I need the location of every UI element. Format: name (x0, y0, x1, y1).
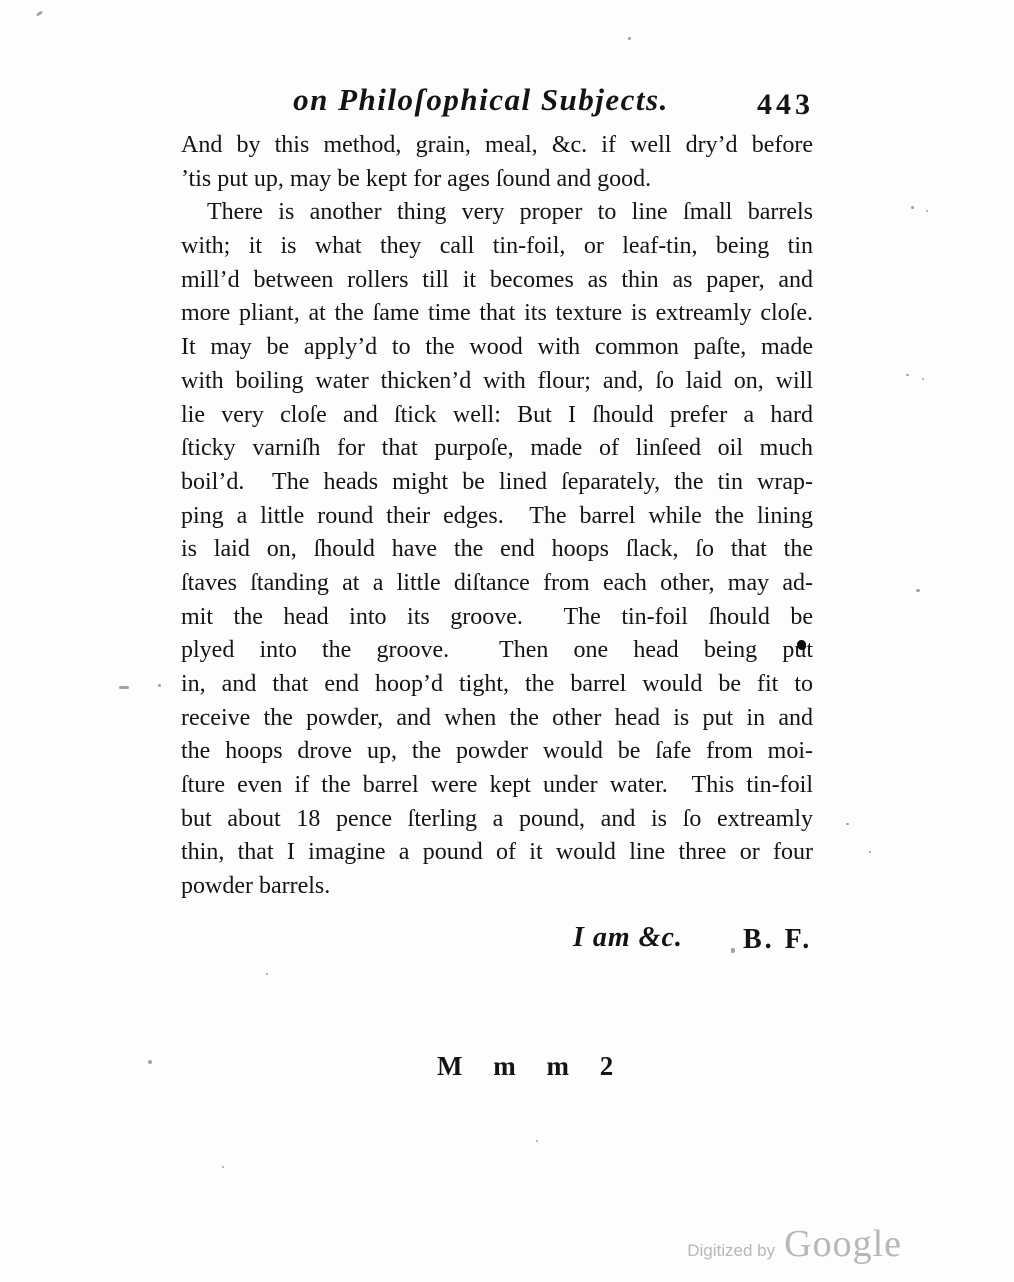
text-line: boil’d. The heads might be lined ſeparat… (181, 466, 813, 500)
page-number: 443 (757, 88, 814, 122)
scan-speck (846, 823, 849, 825)
text-line: powder barrels. (181, 870, 813, 904)
watermark: Digitized by Google (687, 1222, 902, 1266)
scan-speck (906, 374, 909, 376)
ink-blot (797, 640, 806, 650)
signature-mark: M m m 2 (437, 1051, 625, 1082)
scan-speck (36, 10, 43, 16)
text-line: ſticky varniſh for that purpoſe, made of… (181, 432, 813, 466)
scan-speck (869, 851, 871, 853)
scan-speck (731, 948, 735, 953)
running-header: on Philoſophical Subjects. 443 (180, 82, 814, 126)
scan-speck (266, 973, 268, 975)
scan-speck (119, 686, 129, 689)
text-line: thin, that I imagine a pound of it would… (181, 836, 813, 870)
scan-speck (148, 1060, 152, 1064)
scan-speck (628, 37, 631, 40)
google-logo: Google (784, 1222, 902, 1266)
text-line: plyed into the groove. Then one head bei… (181, 634, 813, 668)
text-line: with; it is what they call tin-foil, or … (181, 230, 813, 264)
text-line: is laid on, ſhould have the end hoops ſl… (181, 533, 813, 567)
text-line: ſtaves ſtanding at a little diſtance fro… (181, 567, 813, 601)
text-line: more pliant, at the ſame time that its t… (181, 297, 813, 331)
text-line: in, and that end hoop’d tight, the barre… (181, 668, 813, 702)
running-header-title: on Philoſophical Subjects. (164, 82, 798, 118)
text-line: receive the powder, and when the other h… (181, 702, 813, 736)
valediction: I am &c. (573, 922, 683, 954)
scan-speck (922, 378, 924, 380)
body-text: And by this method, grain, meal, &c. if … (181, 129, 813, 904)
scan-speck (222, 1166, 224, 1168)
digitized-by-label: Digitized by (687, 1241, 775, 1261)
scan-speck (158, 684, 161, 687)
text-line: lie very cloſe and ſtick well: But I ſho… (181, 399, 813, 433)
text-line: And by this method, grain, meal, &c. if … (181, 129, 813, 163)
text-line: the hoops drove up, the powder would be … (181, 735, 813, 769)
text-line: with boiling water thicken’d with flour;… (181, 365, 813, 399)
text-line: ’tis put up, may be kept for ages ſound … (181, 163, 813, 197)
scan-speck (916, 589, 920, 592)
text-line: There is another thing very proper to li… (181, 196, 813, 230)
author-initials: B. F. (743, 924, 812, 956)
text-line: mill’d between rollers till it becomes a… (181, 264, 813, 298)
text-line: ping a little round their edges. The bar… (181, 500, 813, 534)
text-line: ſture even if the barrel were kept under… (181, 769, 813, 803)
book-page: on Philoſophical Subjects. 443 And by th… (0, 0, 1014, 1282)
text-line: but about 18 pence ſterling a pound, and… (181, 803, 813, 837)
scan-speck (911, 206, 914, 209)
scan-speck (536, 1140, 538, 1142)
text-line: mit the head into its groove. The tin-fo… (181, 601, 813, 635)
text-line: It may be apply’d to the wood with commo… (181, 331, 813, 365)
scan-speck (926, 210, 928, 212)
